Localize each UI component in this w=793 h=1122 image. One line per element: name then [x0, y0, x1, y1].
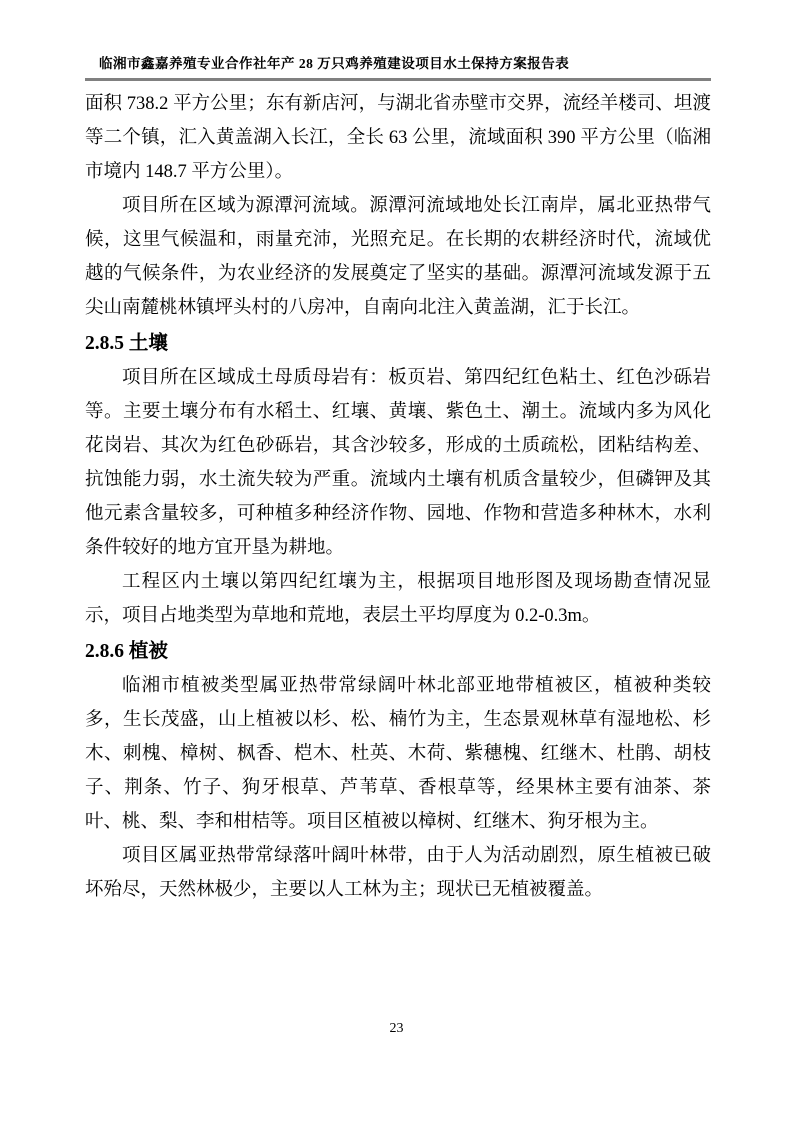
paragraph-vegetation-status: 项目区属亚热带常绿落叶阔叶林带，由于人为活动剧烈，原生植被已破坏殆尽，天然林极少…: [85, 839, 711, 907]
page-number: 23: [390, 1021, 404, 1036]
paragraph-soil-parent-material: 项目所在区域成土母质母岩有：板页岩、第四纪红色粘土、红色沙砾岩等。主要土壤分布有…: [85, 361, 711, 565]
document-body: 面积 738.2 平方公里；东有新店河，与湖北省赤壁市交界，流经羊楼司、坦渡等二…: [85, 87, 711, 907]
document-page: 临湘市鑫嘉养殖专业合作社年产 28 万只鸡养殖建设项目水土保持方案报告表 面积 …: [0, 0, 793, 1122]
paragraph-project-area-soil: 工程区内土壤以第四纪红壤为主，根据项目地形图及现场勘查情况显示，项目占地类型为草…: [85, 565, 711, 633]
section-heading-soil: 2.8.5 土壤: [85, 327, 711, 361]
page-footer: 23: [0, 1021, 793, 1037]
paragraph-vegetation-types: 临湘市植被类型属亚热带常绿阔叶林北部亚地带植被区，植被种类较多，生长茂盛，山上植…: [85, 669, 711, 839]
section-heading-vegetation: 2.8.6 植被: [85, 635, 711, 669]
header-title: 临湘市鑫嘉养殖专业合作社年产 28 万只鸡养殖建设项目水土保持方案报告表: [85, 52, 711, 72]
paragraph-yuantan-river-climate: 项目所在区域为源潭河流域。源潭河流域地处长江南岸，属北亚热带气候，这里气候温和，…: [85, 189, 711, 325]
paragraph-river-basin-area: 面积 738.2 平方公里；东有新店河，与湖北省赤壁市交界，流经羊楼司、坦渡等二…: [85, 87, 711, 189]
page-header: 临湘市鑫嘉养殖专业合作社年产 28 万只鸡养殖建设项目水土保持方案报告表: [85, 52, 711, 81]
